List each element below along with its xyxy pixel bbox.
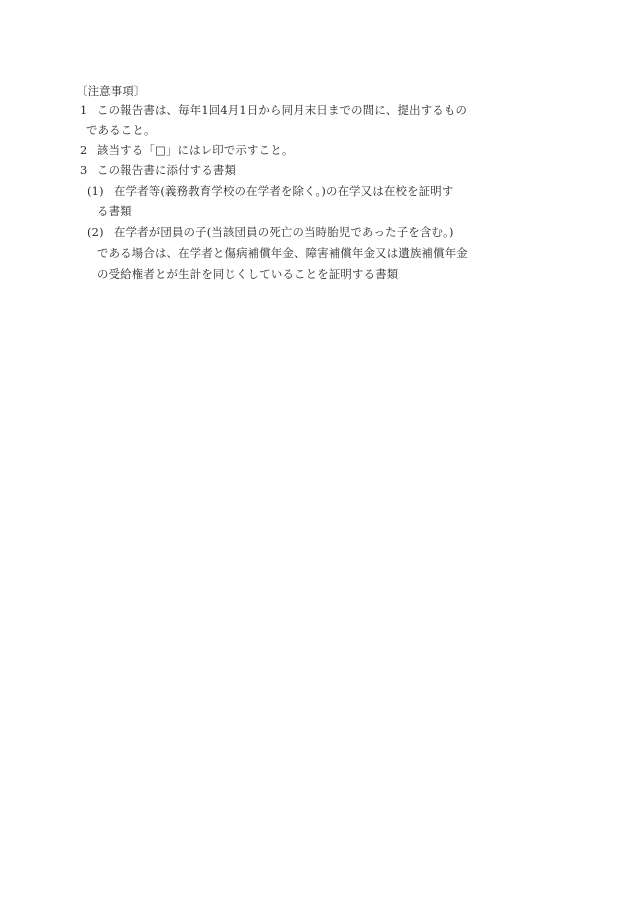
subitem-1-line-2: る書類 — [97, 204, 132, 218]
item-3-line-1: この報告書に添付する書類 — [97, 163, 236, 177]
item-2-number: 2 — [80, 143, 87, 157]
item-2-line-1: 該当する「□」にはレ印で示すこと。 — [97, 143, 293, 157]
subitem-2-line-2: である場合は、在学者と傷病補償年金、障害補償年金又は遺族補償年金 — [97, 246, 468, 260]
item-1-line-2: であること。 — [86, 123, 156, 137]
subitem-2-number: (2) — [87, 225, 104, 239]
item-1-line-1: この報告書は、毎年1回4月1日から同月末日までの間に、提出するもの — [97, 103, 467, 117]
subitem-1-line-1: 在学者等(義務教育学校の在学者を除く。)の在学又は在校を証明す — [114, 184, 454, 198]
subitem-2-line-3: の受給権者とが生計を同じくしていることを証明する書類 — [97, 267, 398, 281]
notes-heading: 〔注意事項〕 — [76, 84, 146, 98]
item-3-number: 3 — [80, 163, 87, 177]
subitem-1-number: (1) — [87, 184, 104, 198]
subitem-2-line-1: 在学者が団員の子(当該団員の死亡の当時胎児であった子を含む。) — [114, 225, 454, 239]
item-1-number: 1 — [80, 103, 87, 117]
document-page: 〔注意事項〕 1 この報告書は、毎年1回4月1日から同月末日までの間に、提出する… — [0, 0, 630, 903]
